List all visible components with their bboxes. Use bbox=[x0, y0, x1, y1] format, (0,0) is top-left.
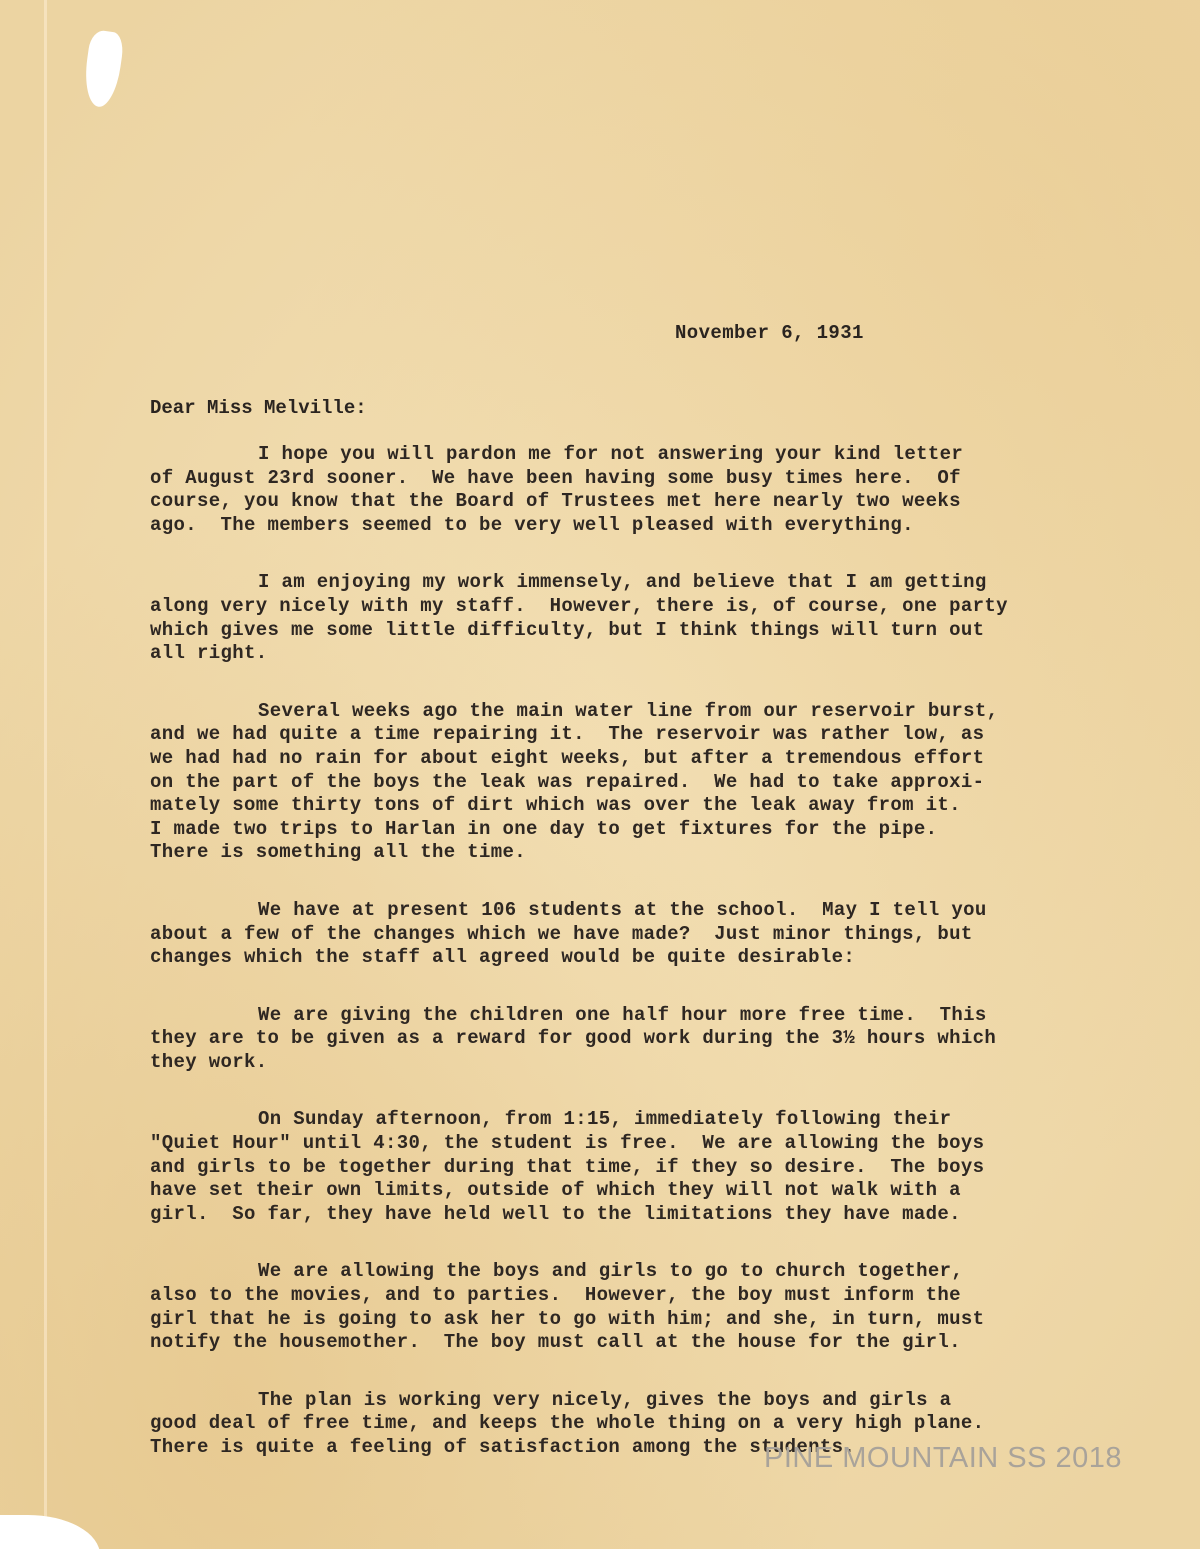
text-line: Several weeks ago the main water line fr… bbox=[150, 700, 1030, 724]
text-line: which gives me some little difficulty, b… bbox=[150, 619, 1030, 643]
text-line: good deal of free time, and keeps the wh… bbox=[150, 1412, 1030, 1436]
paragraph: We have at present 106 students at the s… bbox=[150, 899, 1030, 970]
text-line: I hope you will pardon me for not answer… bbox=[150, 443, 1030, 467]
text-line: they work. bbox=[150, 1051, 1030, 1075]
paper-hole bbox=[81, 29, 125, 109]
text-line: On Sunday afternoon, from 1:15, immediat… bbox=[150, 1108, 1030, 1132]
letter-page: November 6, 1931 Dear Miss Melville: I h… bbox=[0, 0, 1200, 1549]
text-line: "Quiet Hour" until 4:30, the student is … bbox=[150, 1132, 1030, 1156]
text-line: we had had no rain for about eight weeks… bbox=[150, 747, 1030, 771]
text-line: girl that he is going to ask her to go w… bbox=[150, 1308, 1030, 1332]
letter-date: November 6, 1931 bbox=[675, 322, 864, 344]
text-line: they are to be given as a reward for goo… bbox=[150, 1027, 1030, 1051]
text-line: along very nicely with my staff. However… bbox=[150, 595, 1030, 619]
text-line: and girls to be together during that tim… bbox=[150, 1156, 1030, 1180]
text-line: also to the movies, and to parties. Howe… bbox=[150, 1284, 1030, 1308]
text-line: We have at present 106 students at the s… bbox=[150, 899, 1030, 923]
paragraph: Several weeks ago the main water line fr… bbox=[150, 700, 1030, 865]
text-line: We are allowing the boys and girls to go… bbox=[150, 1260, 1030, 1284]
text-line: There is something all the time. bbox=[150, 841, 1030, 865]
text-line: and we had quite a time repairing it. Th… bbox=[150, 723, 1030, 747]
text-line: The plan is working very nicely, gives t… bbox=[150, 1389, 1030, 1413]
letter-body: I hope you will pardon me for not answer… bbox=[150, 443, 1030, 1494]
text-line: mately some thirty tons of dirt which wa… bbox=[150, 794, 1030, 818]
text-line: course, you know that the Board of Trust… bbox=[150, 490, 1030, 514]
paragraph: I am enjoying my work immensely, and bel… bbox=[150, 571, 1030, 665]
text-line: changes which the staff all agreed would… bbox=[150, 946, 1030, 970]
paragraph: We are allowing the boys and girls to go… bbox=[150, 1260, 1030, 1354]
paper-tear bbox=[0, 1515, 100, 1549]
text-line: all right. bbox=[150, 642, 1030, 666]
text-line: ago. The members seemed to be very well … bbox=[150, 514, 1030, 538]
letter-salutation: Dear Miss Melville: bbox=[150, 397, 367, 419]
watermark: PINE MOUNTAIN SS 2018 bbox=[764, 1442, 1122, 1475]
text-line: I am enjoying my work immensely, and bel… bbox=[150, 571, 1030, 595]
text-line: I made two trips to Harlan in one day to… bbox=[150, 818, 1030, 842]
text-line: about a few of the changes which we have… bbox=[150, 923, 1030, 947]
paragraph: I hope you will pardon me for not answer… bbox=[150, 443, 1030, 537]
text-line: have set their own limits, outside of wh… bbox=[150, 1179, 1030, 1203]
paragraph: On Sunday afternoon, from 1:15, immediat… bbox=[150, 1108, 1030, 1226]
text-line: notify the housemother. The boy must cal… bbox=[150, 1331, 1030, 1355]
text-line: girl. So far, they have held well to the… bbox=[150, 1203, 1030, 1227]
text-line: of August 23rd sooner. We have been havi… bbox=[150, 467, 1030, 491]
text-line: We are giving the children one half hour… bbox=[150, 1004, 1030, 1028]
paper-fold-line bbox=[44, 0, 47, 1549]
paragraph: We are giving the children one half hour… bbox=[150, 1004, 1030, 1075]
text-line: on the part of the boys the leak was rep… bbox=[150, 771, 1030, 795]
